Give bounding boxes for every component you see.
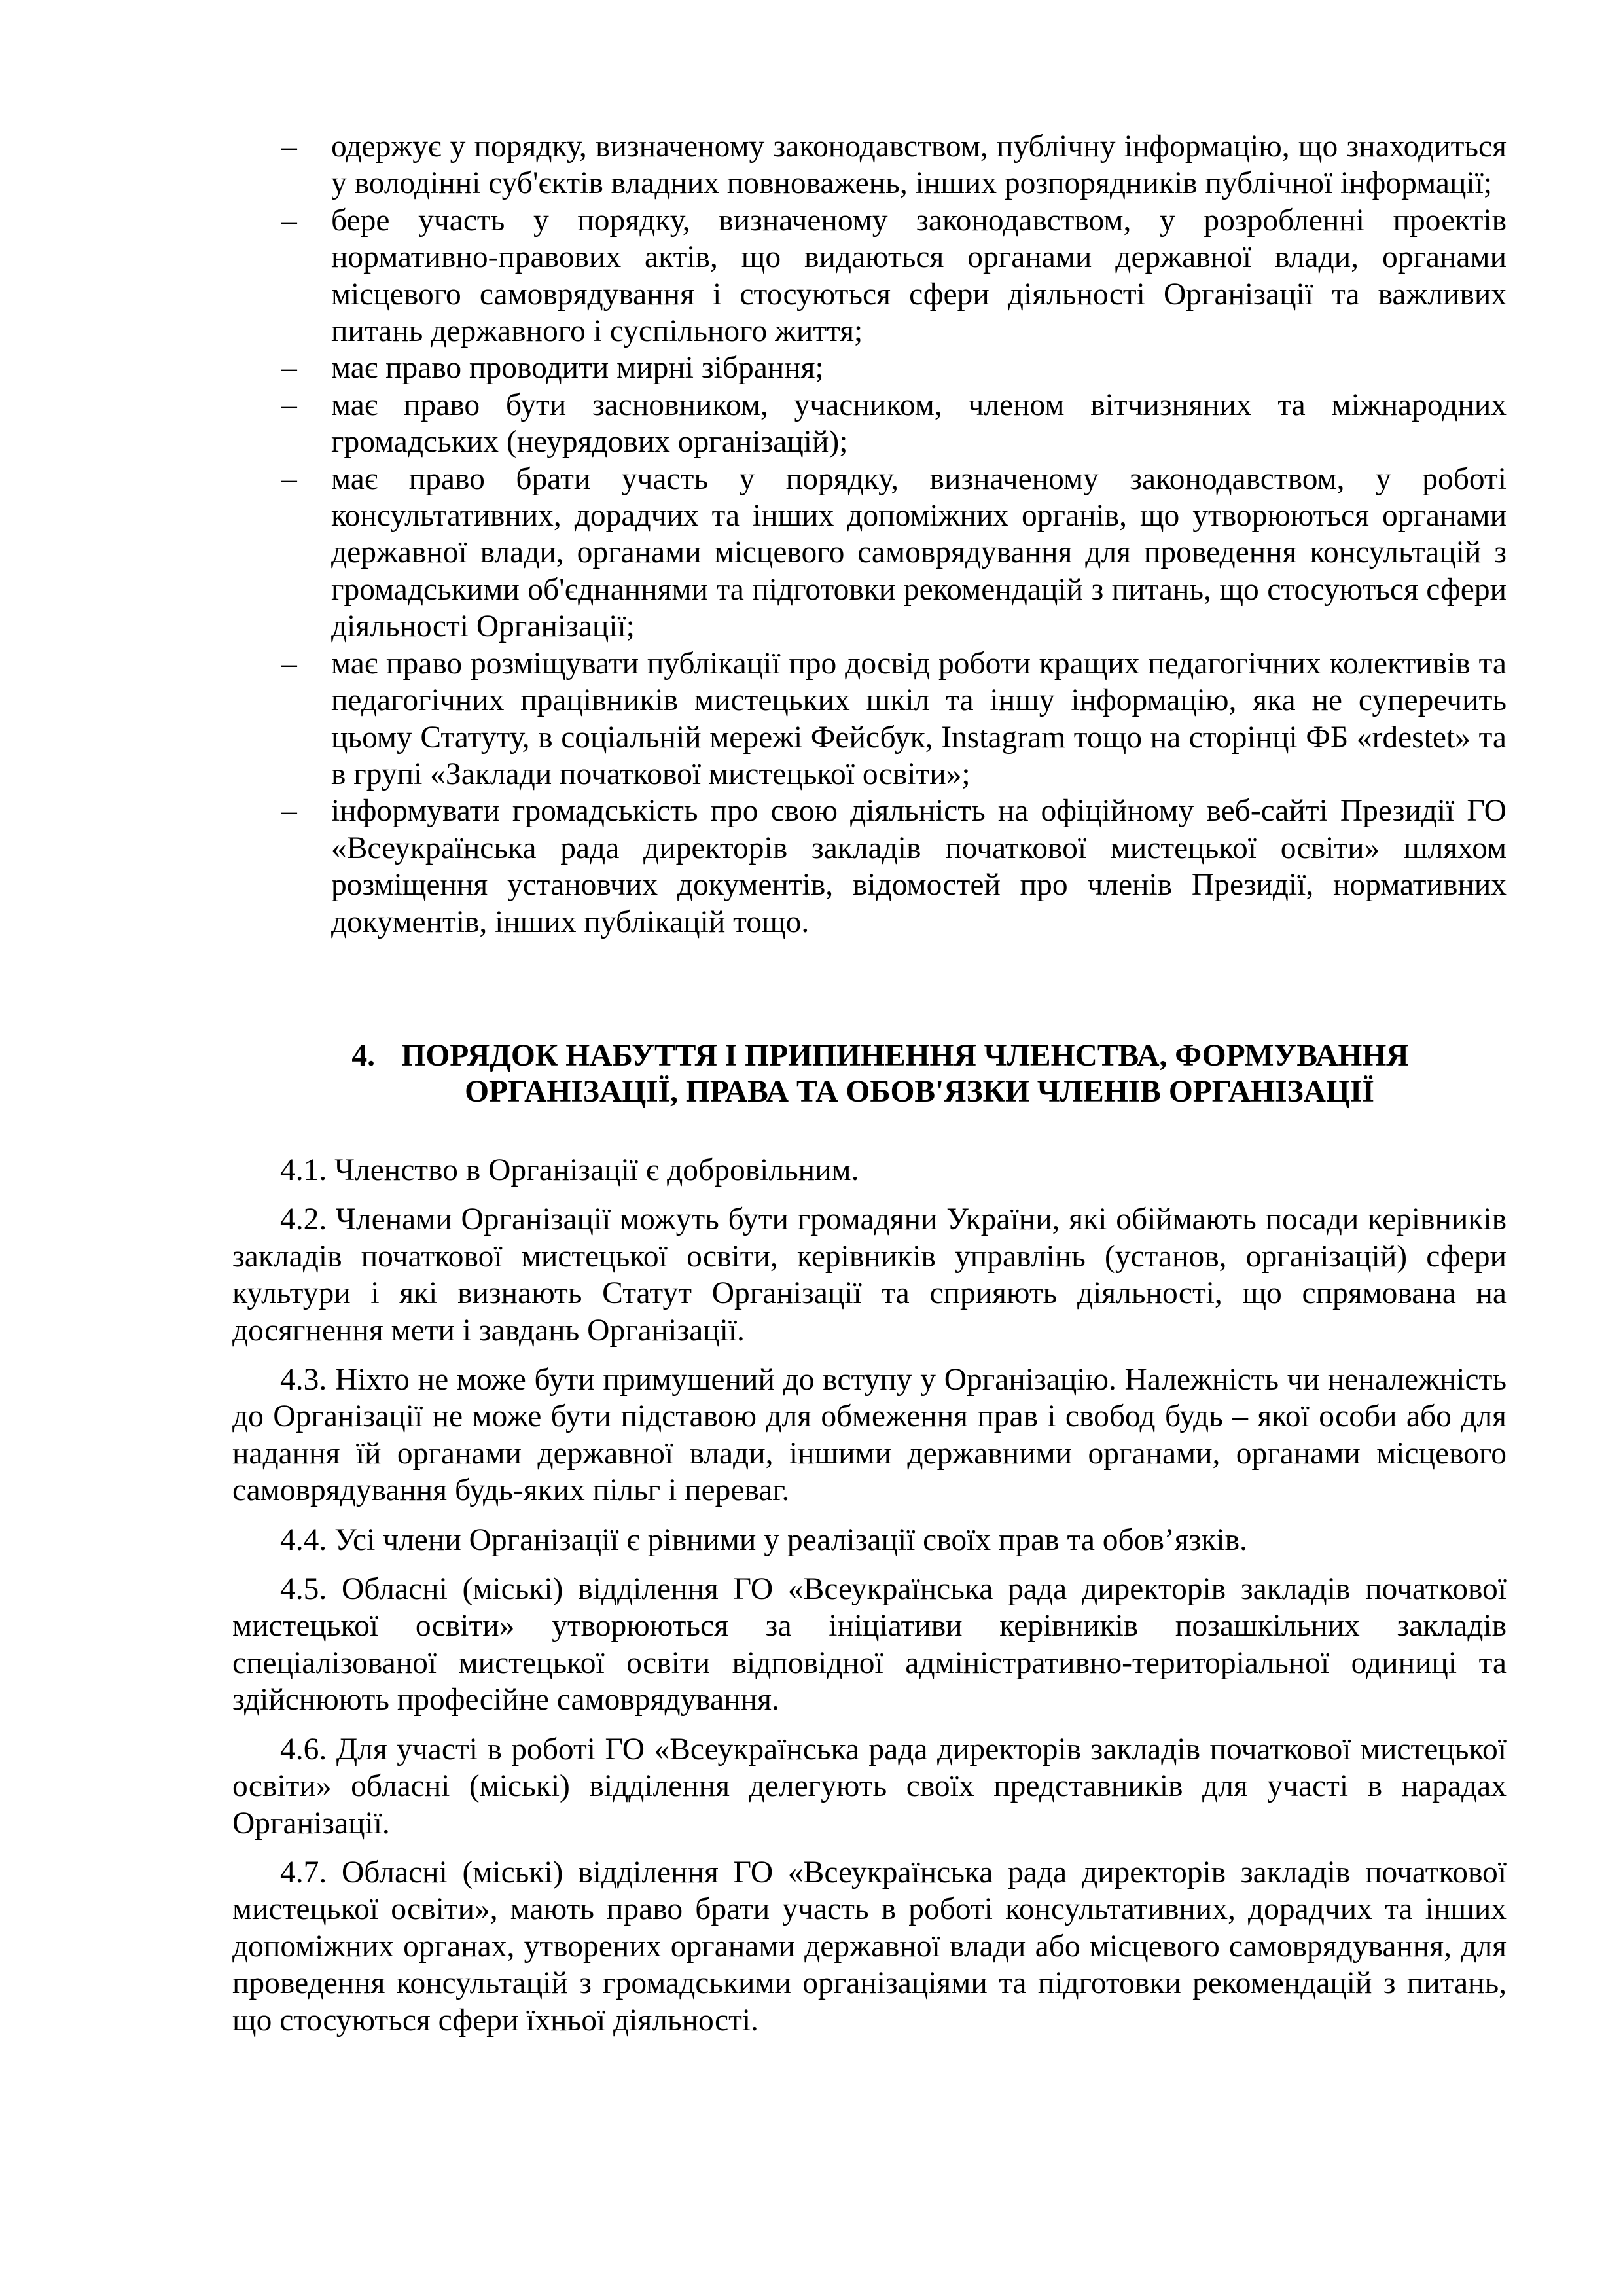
list-item: –має право бути засновником, учасником, …	[281, 387, 1507, 461]
section-title-part-2: ОРГАНІЗАЦІЇ, ПРАВА ТА ОБОВ'ЯЗКИ ЧЛЕНІВ О…	[281, 1074, 1505, 1110]
bullet-text: бере участь у порядку, визначеному закон…	[331, 204, 1507, 348]
clause-4-3: 4.3. Ніхто не може бути примушений до вс…	[232, 1361, 1507, 1509]
list-item: –має право брати участь у порядку, визна…	[281, 461, 1507, 645]
dash-bullet-icon: –	[281, 387, 297, 423]
dash-bullet-icon: –	[281, 461, 297, 497]
bullet-text: інформувати громадськість про свою діяль…	[331, 794, 1507, 939]
clause-4-4: 4.4. Усі члени Організації є рівними у р…	[232, 1522, 1507, 1558]
clause-4-5: 4.5. Обласні (міські) відділення ГО «Все…	[232, 1571, 1507, 1719]
clause-4-2: 4.2. Членами Організації можуть бути гро…	[232, 1201, 1507, 1349]
bullet-text: має право розміщувати публікації про дос…	[331, 647, 1507, 791]
list-item: –одержує у порядку, визначеному законода…	[281, 128, 1507, 202]
bullet-text: має право брати участь у порядку, визнач…	[331, 462, 1507, 644]
section-title-part-1: ПОРЯДОК НАБУТТЯ І ПРИПИНЕННЯ ЧЛЕНСТВА, Ф…	[401, 1039, 1408, 1073]
list-item: –інформувати громадськість про свою діял…	[281, 793, 1507, 941]
list-item: –має право проводити мирні зібрання;	[281, 350, 1507, 386]
list-item: –бере участь у порядку, визначеному зако…	[281, 202, 1507, 350]
bullet-text: одержує у порядку, визначеному законодав…	[331, 130, 1507, 200]
clause-4-7: 4.7. Обласні (міські) відділення ГО «Все…	[232, 1854, 1507, 2039]
bullet-text: має право бути засновником, учасником, ч…	[331, 388, 1507, 459]
clause-4-6: 4.6. Для участі в роботі ГО «Всеукраїнсь…	[232, 1731, 1507, 1842]
section-heading-line-1: 4.ПОРЯДОК НАБУТТЯ І ПРИПИНЕННЯ ЧЛЕНСТВА,…	[281, 1038, 1505, 1074]
section-heading: 4.ПОРЯДОК НАБУТТЯ І ПРИПИНЕННЯ ЧЛЕНСТВА,…	[281, 1038, 1505, 1110]
bullet-text: має право проводити мирні зібрання;	[331, 351, 824, 385]
dash-bullet-icon: –	[281, 645, 297, 682]
dash-bullet-icon: –	[281, 350, 297, 386]
dash-bullet-icon: –	[281, 793, 297, 829]
dash-bullet-icon: –	[281, 202, 297, 239]
rights-bullet-list: –одержує у порядку, визначеному законода…	[281, 128, 1507, 941]
section-body: 4.1. Членство в Організації є добровільн…	[232, 1152, 1507, 2051]
section-number: 4.	[351, 1038, 401, 1074]
clause-4-1: 4.1. Членство в Організації є добровільн…	[232, 1152, 1507, 1189]
dash-bullet-icon: –	[281, 128, 297, 165]
document-page: –одержує у порядку, визначеному законода…	[0, 0, 1623, 2296]
list-item: –має право розміщувати публікації про до…	[281, 645, 1507, 793]
